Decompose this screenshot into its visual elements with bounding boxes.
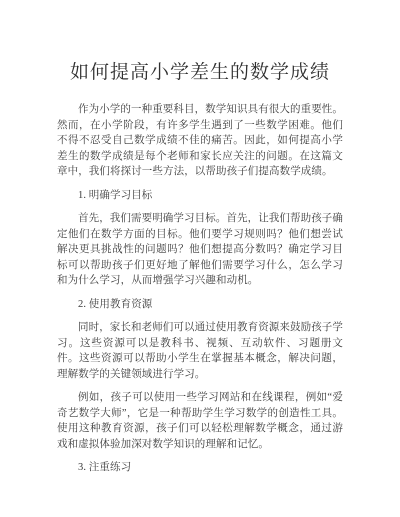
- section-3-heading: 3. 注重练习: [57, 460, 343, 476]
- intro-paragraph: 作为小学的一种重要科目，数学知识具有很大的重要性。然而，在小学阶段，有许多学生遇…: [57, 102, 343, 180]
- section-1-heading: 1. 明确学习目标: [57, 188, 343, 204]
- section-2-heading: 2. 使用教育资源: [57, 297, 343, 313]
- section-2-paragraph-1: 同时，家长和老师们可以通过使用教育资源来鼓励孩子学习。这些资源可以是教科书、视频…: [57, 320, 343, 382]
- section-2-paragraph-2: 例如，孩子可以使用一些学习网站和在线课程，例如“爱奇艺数学大师”，它是一种帮助学…: [57, 390, 343, 452]
- document-title: 如何提高小学差生的数学成绩: [57, 59, 343, 86]
- document-page: 如何提高小学差生的数学成绩 作为小学的一种重要科目，数学知识具有很大的重要性。然…: [0, 0, 400, 517]
- section-1-paragraph: 首先，我们需要明确学习目标。首先，让我们帮助孩子确定他们在数学方面的目标。他们要…: [57, 211, 343, 289]
